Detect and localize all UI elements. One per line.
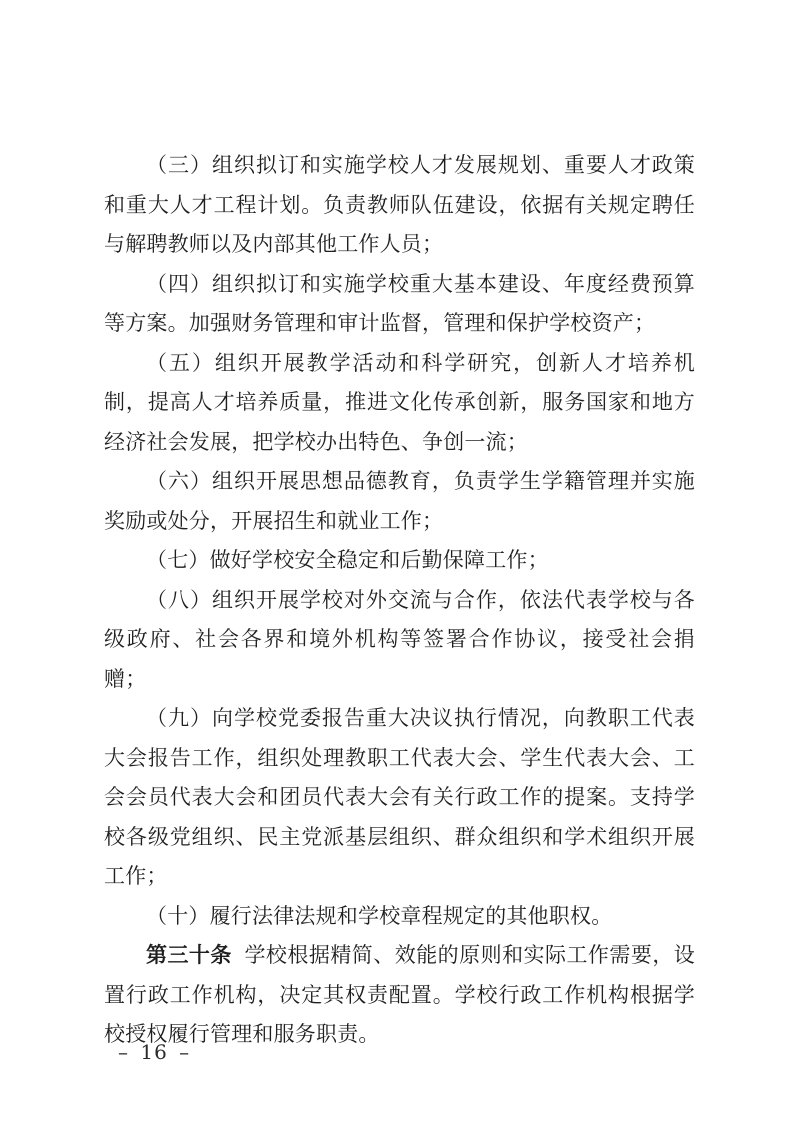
paragraph-article-30: 第三十条学校根据精简、效能的原则和实际工作需要，设置行政工作机构，决定其权责配置… — [104, 936, 695, 1055]
paragraph-clause-3: （三）组织拟订和实施学校人才发展规划、重要人才政策和重大人才工程计划。负责教师队… — [104, 146, 695, 265]
article-number: 第三十条 — [146, 943, 232, 967]
document-page: （三）组织拟订和实施学校人才发展规划、重要人才政策和重大人才工程计划。负责教师队… — [0, 0, 793, 1122]
page-number: – 16 – — [118, 1040, 190, 1064]
paragraph-clause-10: （十）履行法律法规和学校章程规定的其他职权。 — [104, 897, 695, 937]
paragraph-clause-6: （六）组织开展思想品德教育，负责学生学籍管理并实施奖励或处分，开展招生和就业工作… — [104, 462, 695, 541]
paragraph-text: （五）组织开展教学活动和科学研究，创新人才培养机制，提高人才培养质量，推进文化传… — [104, 351, 695, 454]
paragraph-clause-4: （四）组织拟订和实施学校重大基本建设、年度经费预算等方案。加强财务管理和审计监督… — [104, 265, 695, 344]
paragraph-text: （三）组织拟订和实施学校人才发展规划、重要人才政策和重大人才工程计划。负责教师队… — [104, 153, 695, 256]
paragraph-clause-7: （七）做好学校安全稳定和后勤保障工作； — [104, 541, 695, 581]
paragraph-clause-5: （五）组织开展教学活动和科学研究，创新人才培养机制，提高人才培养质量，推进文化传… — [104, 344, 695, 463]
paragraph-text: （十）履行法律法规和学校章程规定的其他职权。 — [146, 904, 612, 928]
paragraph-text: （六）组织开展思想品德教育，负责学生学籍管理并实施奖励或处分，开展招生和就业工作… — [104, 469, 695, 533]
paragraph-text: （七）做好学校安全稳定和后勤保障工作； — [146, 548, 549, 572]
paragraph-text: （四）组织拟订和实施学校重大基本建设、年度经费预算等方案。加强财务管理和审计监督… — [104, 272, 695, 336]
document-body: （三）组织拟订和实施学校人才发展规划、重要人才政策和重大人才工程计划。负责教师队… — [104, 146, 695, 1055]
paragraph-clause-8: （八）组织开展学校对外交流与合作，依法代表学校与各级政府、社会各界和境外机构等签… — [104, 581, 695, 700]
paragraph-text: （八）组织开展学校对外交流与合作，依法代表学校与各级政府、社会各界和境外机构等签… — [104, 588, 695, 691]
paragraph-clause-9: （九）向学校党委报告重大决议执行情况，向教职工代表大会报告工作，组织处理教职工代… — [104, 699, 695, 897]
paragraph-text: （九）向学校党委报告重大决议执行情况，向教职工代表大会报告工作，组织处理教职工代… — [104, 706, 695, 888]
